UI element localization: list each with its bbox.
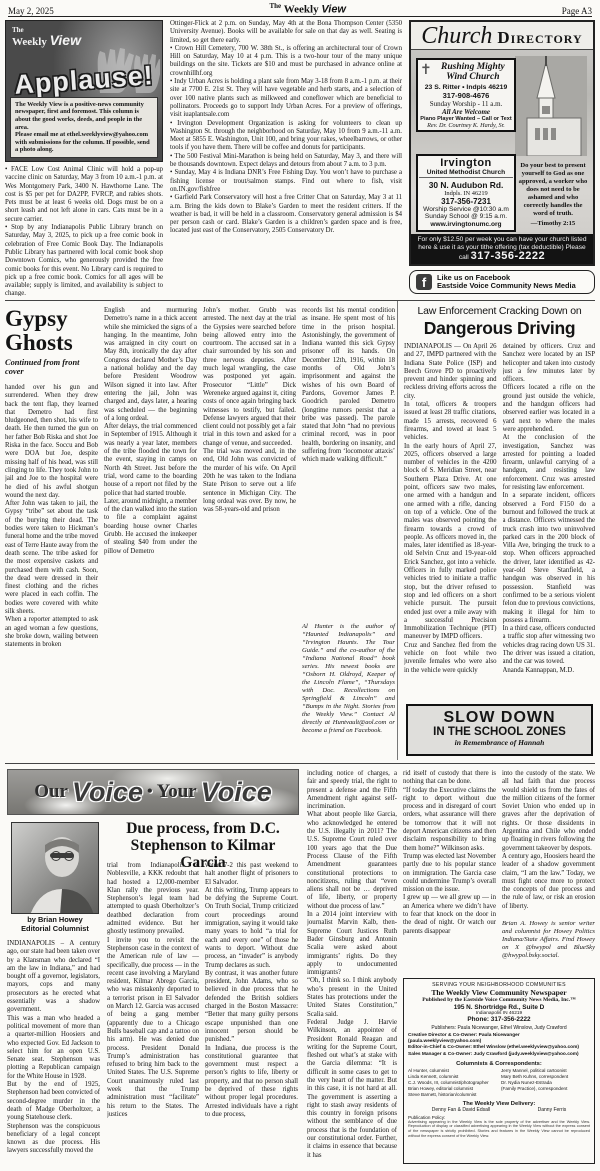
community-news-middle: Ottinger-Flick at 2 p.m. on Sunday, May … — [170, 20, 402, 296]
community-news-left: • FACE Low Cost Animal Clinic will hold … — [5, 166, 163, 296]
scripture-verse: Do your best to present yourself to God … — [517, 162, 589, 228]
brian-howey-photo — [11, 822, 99, 914]
article-text: detained by officers. Cruz and Sanchez w… — [503, 343, 596, 689]
columnists-lists: Al Hunter, columnist Linda Kennett, colu… — [408, 1068, 590, 1098]
article-text: handed over his gun and surrendered. Whe… — [5, 384, 98, 752]
gypsy-column-3: John’s mother. Grubb was arrested. The n… — [203, 307, 296, 755]
continued-note: Continued from front cover — [5, 358, 98, 376]
gypsy-column-1: Gypsy Ghosts Continued from front cover … — [5, 307, 98, 755]
due-process-column-4: including notice of charges, a fair and … — [307, 770, 397, 1164]
article-text: records list his mental condition as ins… — [302, 307, 395, 619]
dangerous-driving-article: Law Enforcement Cracking Down on Dangero… — [397, 301, 595, 760]
church-ad-irvington-umc: Irvington United Methodist Church 30 N. … — [416, 154, 516, 232]
our-voice-your-voice-banner: Our Voice • Your Voice — [7, 769, 299, 815]
pastor-name: Rev. Dr. Courtney K. Hardy, Sr. — [419, 122, 513, 129]
columnists-right: Jerry Mannel, political cartoonist Mary … — [501, 1068, 590, 1098]
church-website: www.irvingtonumc.org — [419, 221, 513, 228]
church-address: 30 N. Audubon Rd. — [419, 180, 513, 190]
article-text: English and murmuring Demetro’s name in … — [104, 307, 197, 755]
publishers-list: Publishers: Paula Nicewanger, Ethel Wins… — [408, 1025, 590, 1031]
article-text: INDIANAPOLIS — On April 26 and 27, IMPD … — [404, 343, 497, 689]
gypsy-column-4: records list his mental condition as ins… — [302, 307, 395, 755]
verse-reference: —Timothy 2:15 — [517, 220, 589, 228]
church-phone: 317-356-7231 — [419, 197, 513, 206]
page-number: Page A3 — [562, 6, 592, 16]
article-text: John’s mother. Grubb was arrested. The n… — [203, 307, 296, 755]
article-text: into the custody of the state. We all ha… — [502, 770, 595, 916]
church-name-sub: United Methodist Church — [419, 169, 513, 178]
church-name: Irvington — [419, 158, 513, 169]
article-columns: INDIANAPOLIS — On April 26 and 27, IMPD … — [404, 343, 595, 689]
opinion-section: Our Voice • Your Voice by Brian Howey Ed… — [5, 763, 595, 1167]
dangerous-driving-headline: Dangerous Driving — [404, 318, 595, 339]
community-news-section: TheWeekly View Applause! The Weekly View… — [5, 20, 595, 296]
gypsy-ghosts-headline: Gypsy Ghosts — [5, 307, 98, 355]
page-date: May 2, 2025 — [8, 6, 54, 16]
welcome-line: All Are Welcome — [419, 108, 513, 116]
dot-separator: • — [147, 783, 153, 801]
worship-time: Worship Service @10:30 a.m — [419, 206, 513, 213]
policy-text: Advertising appearing in the Weekly View… — [408, 1120, 590, 1138]
remembrance-line: in Remembrance of Hannah — [408, 738, 591, 747]
masthead-title: The Weekly View — [270, 2, 347, 16]
newspaper-page: May 2, 2025 The Weekly View Page A3 TheW… — [0, 0, 600, 1171]
author-bio: Brian A. Howey is senior writer and colu… — [502, 920, 595, 960]
right-column: Church Directory ✝ Rushing Mighty Wind C… — [409, 20, 595, 296]
columnists-left: Al Hunter, columnist Linda Kennett, colu… — [408, 1068, 497, 1098]
church-name: Rushing Mighty Wind Church — [419, 62, 513, 82]
headline-kicker: Law Enforcement Cracking Down on — [404, 305, 595, 317]
facebook-icon: f — [416, 274, 432, 290]
publication-masthead-box: SERVING YOUR NEIGHBORHOOD COMMUNITIES Th… — [403, 978, 595, 1164]
publication-address: 195 N. Shortridge Rd., Suite D — [408, 1004, 590, 1011]
due-process-column-6: into the custody of the state. We all ha… — [502, 770, 595, 972]
middle-column: Ottinger-Flick at 2 p.m. on Sunday, May … — [170, 20, 402, 296]
columnists-header: Columnists & Correspondents: — [408, 1061, 590, 1067]
applause-box: TheWeekly View Applause! The Weekly View… — [5, 20, 163, 162]
delivery-names: Denny Fan & David Edsall Danny Ferris — [408, 1107, 590, 1113]
church-directory: Church Directory ✝ Rushing Mighty Wind C… — [409, 20, 595, 266]
due-process-column-2: trial from Indianapolis to Noblesville, … — [107, 862, 199, 1166]
page-header: May 2, 2025 The Weekly View Page A3 — [8, 2, 592, 17]
church-address: 23 S. Ritter • Indpls 46219 — [419, 84, 513, 91]
due-process-column-3: voted 7-2 this past weekend to halt anot… — [205, 862, 298, 1166]
due-process-column-1: INDIANAPOLIS – A century ago, our state … — [7, 940, 100, 1166]
left-column: TheWeekly View Applause! The Weekly View… — [5, 20, 163, 296]
worship-time: Sunday Worship - 11 a.m. — [419, 100, 513, 108]
staff-roles: Creative Director & Co-Owner: Paula Nice… — [408, 1033, 590, 1058]
due-process-column-5: rid itself of custody that there is noth… — [403, 770, 496, 972]
middle-articles-section: Gypsy Ghosts Continued from front cover … — [5, 300, 595, 760]
offer-phone: 317-356-2222 — [471, 250, 546, 262]
cross-icon: ✝ — [420, 62, 432, 79]
author-bio: Al Hunter is the author of “Haunted Indi… — [302, 623, 395, 735]
publication-phone: Phone: 317-356-2222 — [408, 1016, 590, 1023]
slow-down-notice: SLOW DOWN IN THE SCHOOL ZONES in Remembr… — [406, 704, 593, 756]
facebook-text: Like us on Facebook Eastside Voice Commu… — [437, 274, 576, 291]
church-ad-rushing-mighty-wind: ✝ Rushing Mighty Wind Church 23 S. Ritte… — [416, 58, 516, 132]
gypsy-column-2: English and murmuring Demetro’s name in … — [104, 307, 197, 755]
sunday-school-time: Sunday School @ 9:15 a.m. — [419, 213, 513, 220]
columnist-byline: by Brian Howey Editorial Columnist — [5, 916, 105, 933]
applause-body: The Weekly View is a positive-news commu… — [10, 97, 158, 158]
church-photo — [515, 56, 587, 156]
church-city: Indpls. IN 46219 — [419, 190, 513, 197]
church-directory-title: Church Directory — [411, 22, 593, 50]
facebook-promo: f Like us on Facebook Eastside Voice Com… — [409, 270, 595, 294]
gypsy-ghosts-article: Gypsy Ghosts Continued from front cover … — [5, 301, 397, 760]
publication-name: The Weekly View Community Newspaper — [408, 988, 590, 997]
applause-logo: TheWeekly View — [12, 25, 81, 47]
church-listing-offer: For only $12.50 per week you can have yo… — [411, 234, 593, 264]
church-phone: 317-908-4676 — [419, 91, 513, 100]
publisher-line: Published by the Eastside Voice Communit… — [408, 997, 590, 1003]
applause-title: Applause! — [5, 60, 163, 102]
